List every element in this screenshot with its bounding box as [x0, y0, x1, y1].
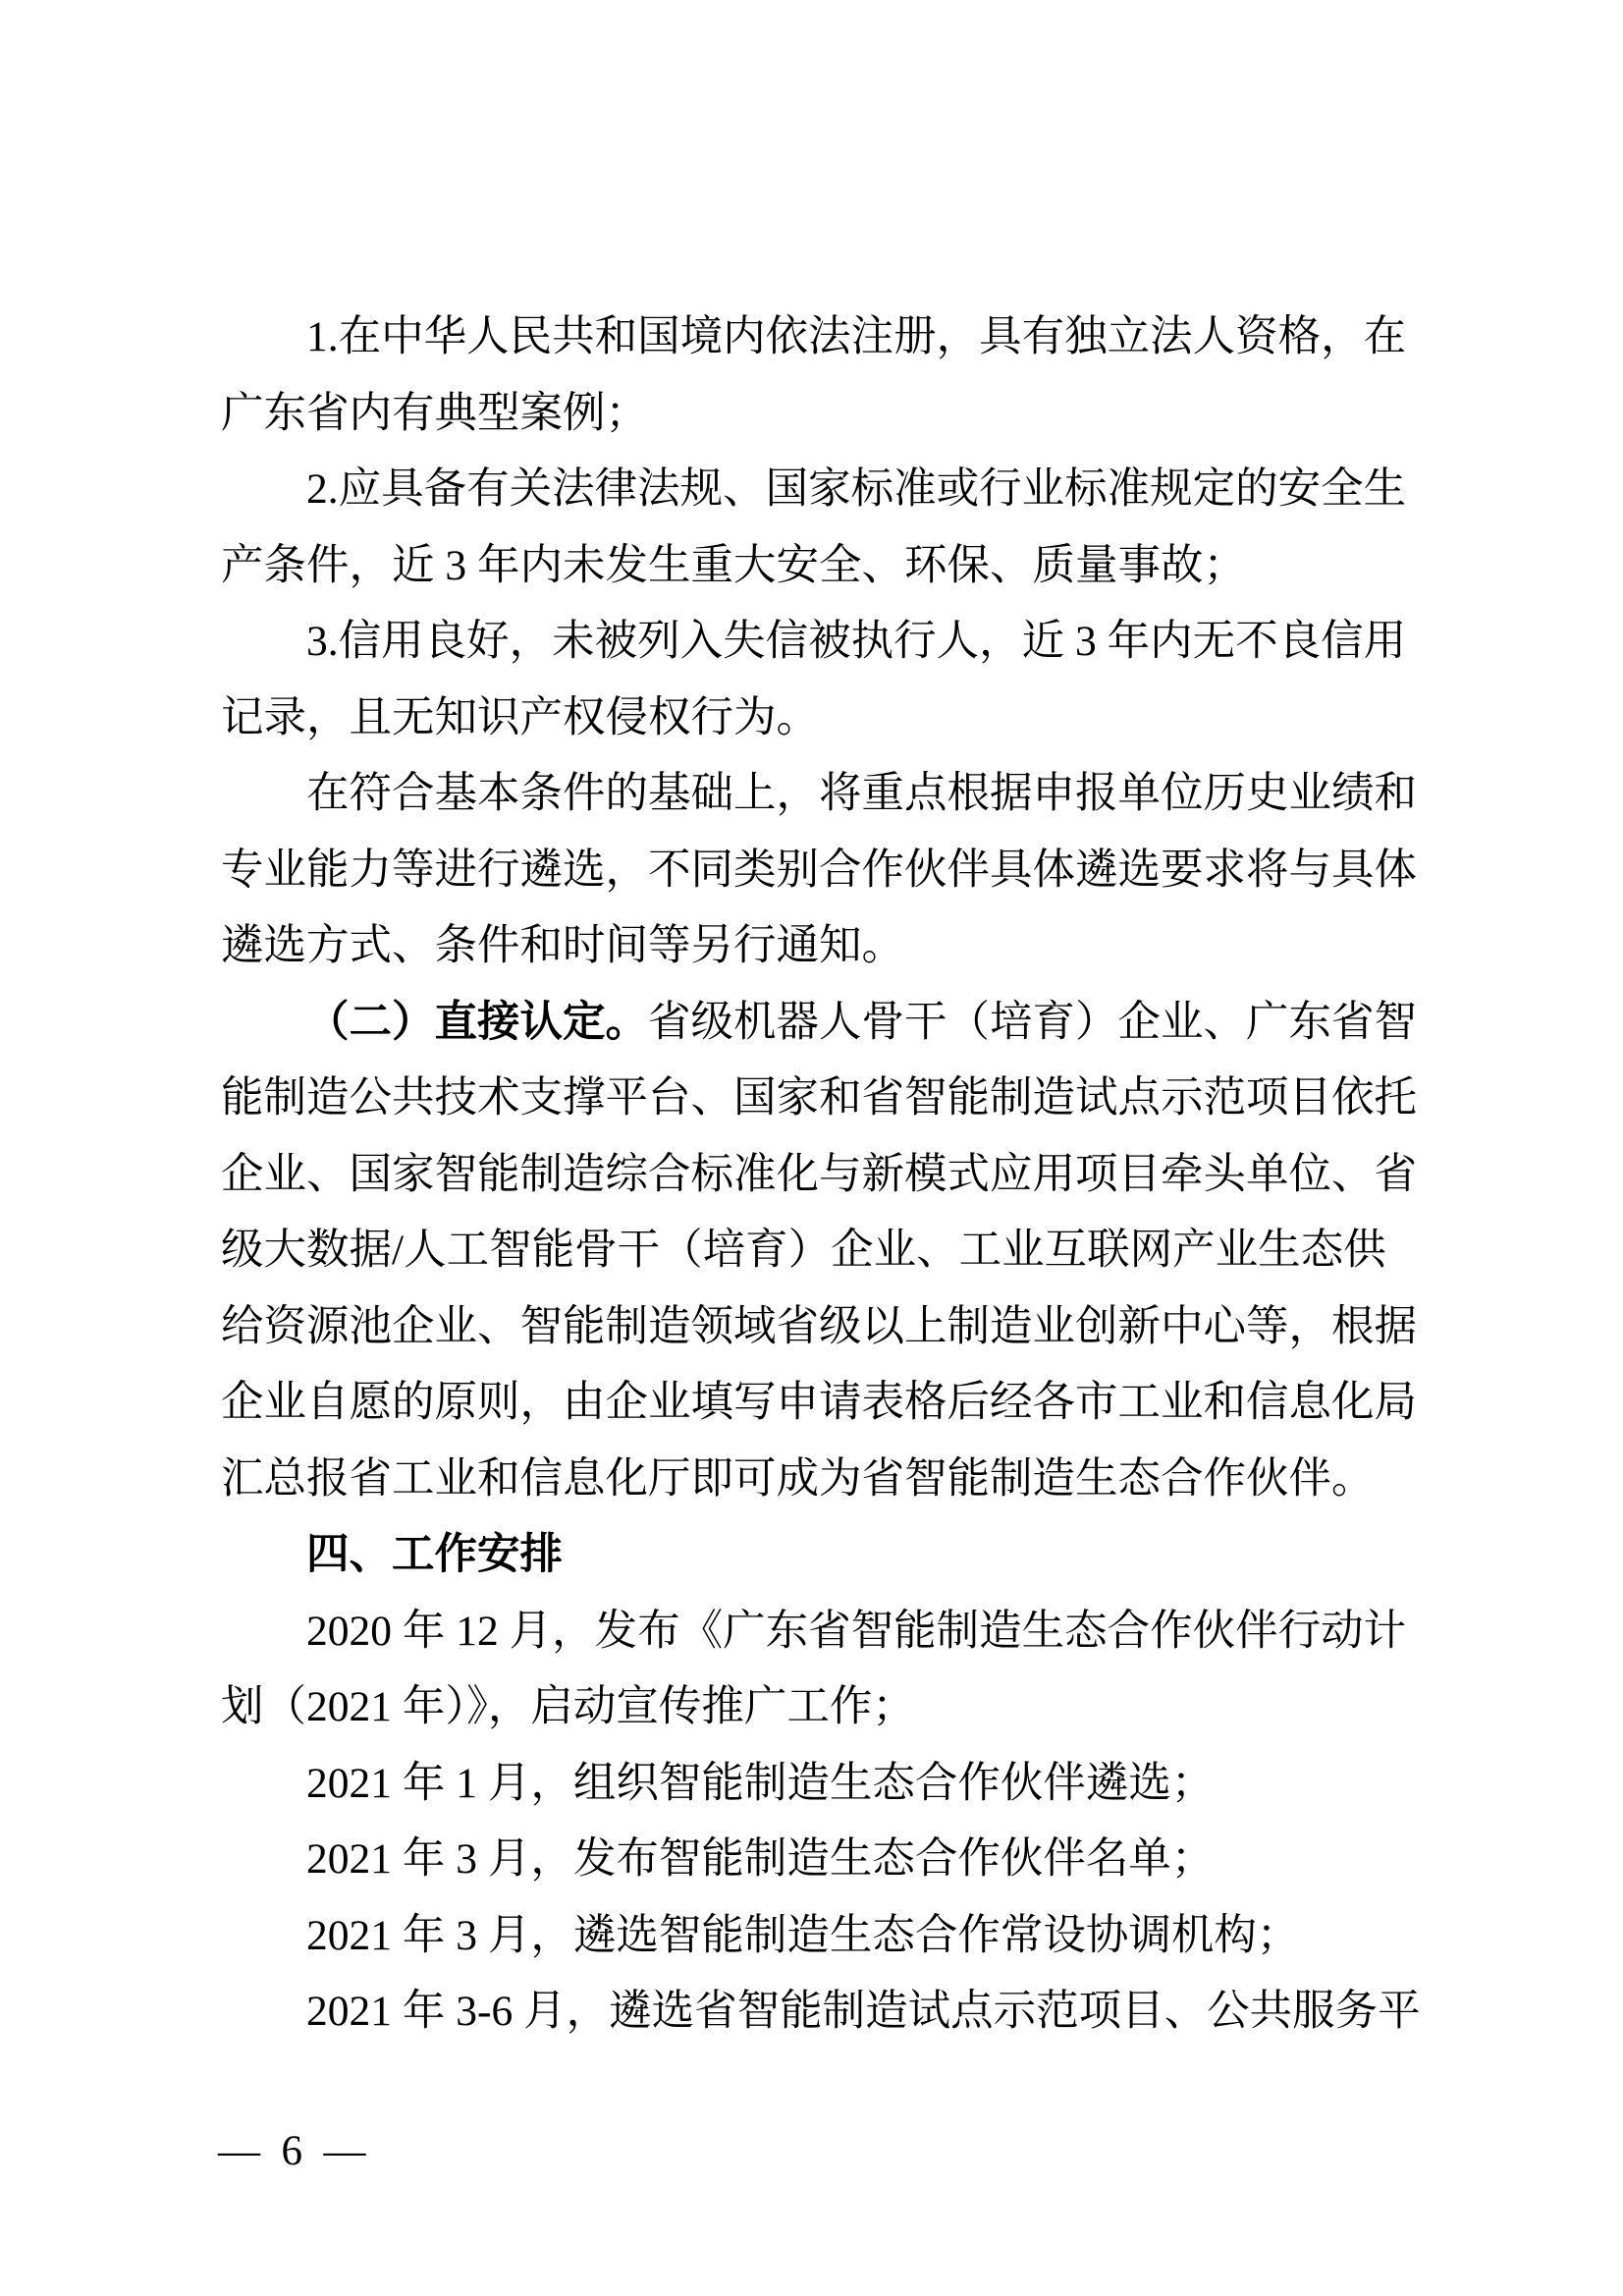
doc-line: 2021 年 1 月，组织智能制造生态合作伙伴遴选；: [221, 1746, 1423, 1823]
doc-line: 2021 年 3 月，发布智能制造生态合作伙伴名单；: [221, 1822, 1423, 1898]
doc-line: 2.应具备有关法律法规、国家标准或行业标准规定的安全生: [221, 452, 1423, 528]
doc-line: 产条件，近 3 年内未发生重大安全、环保、质量事故；: [221, 528, 1423, 605]
doc-line: 能制造公共技术支撑平台、国家和省智能制造试点示范项目依托: [221, 1061, 1423, 1137]
doc-line: 在符合基本条件的基础上，将重点根据申报单位历史业绩和: [221, 756, 1423, 833]
doc-line: 2021 年 3 月，遴选智能制造生态合作常设协调机构；: [221, 1898, 1423, 1975]
doc-line-text: 省级机器人骨干（培育）企业、广东省智: [648, 999, 1417, 1046]
doc-line: 企业自愿的原则，由企业填写申请表格后经各市工业和信息化局: [221, 1365, 1423, 1442]
doc-line: 专业能力等进行遴选，不同类别合作伙伴具体遴选要求将与具体: [221, 833, 1423, 909]
doc-line: 记录，且无知识产权侵权行为。: [221, 681, 1423, 757]
doc-line: 1.在中华人民共和国境内依法注册，具有独立法人资格，在: [221, 300, 1423, 376]
doc-line: 企业、国家智能制造综合标准化与新模式应用项目牵头单位、省: [221, 1137, 1423, 1214]
section-heading: 四、工作安排: [221, 1517, 1423, 1594]
doc-line: 遴选方式、条件和时间等另行通知。: [221, 908, 1423, 985]
doc-line: 级大数据/人工智能骨干（培育）企业、工业互联网产业生态供: [221, 1213, 1423, 1289]
document-body: 1.在中华人民共和国境内依法注册，具有独立法人资格，在 广东省内有典型案例； 2…: [221, 300, 1423, 2050]
doc-line: 给资源池企业、智能制造领域省级以上制造业创新中心等，根据: [221, 1289, 1423, 1366]
doc-line: 3.信用良好，未被列入失信被执行人，近 3 年内无不良信用: [221, 604, 1423, 681]
doc-line: 划（2021 年）》，启动宣传推广工作；: [221, 1669, 1423, 1746]
document-page: 1.在中华人民共和国境内依法注册，具有独立法人资格，在 广东省内有典型案例； 2…: [0, 0, 1623, 2296]
doc-line: 汇总报省工业和信息化厅即可成为省智能制造生态合作伙伴。: [221, 1442, 1423, 1518]
doc-line: （二）直接认定。省级机器人骨干（培育）企业、广东省智: [221, 985, 1423, 1062]
section-heading-run: （二）直接认定。: [306, 999, 648, 1046]
doc-line: 2020 年 12 月，发布《广东省智能制造生态合作伙伴行动计: [221, 1594, 1423, 1670]
doc-line: 广东省内有典型案例；: [221, 376, 1423, 453]
doc-line: 2021 年 3-6 月，遴选省智能制造试点示范项目、公共服务平: [221, 1974, 1423, 2050]
page-number: — 6 —: [218, 2127, 366, 2176]
